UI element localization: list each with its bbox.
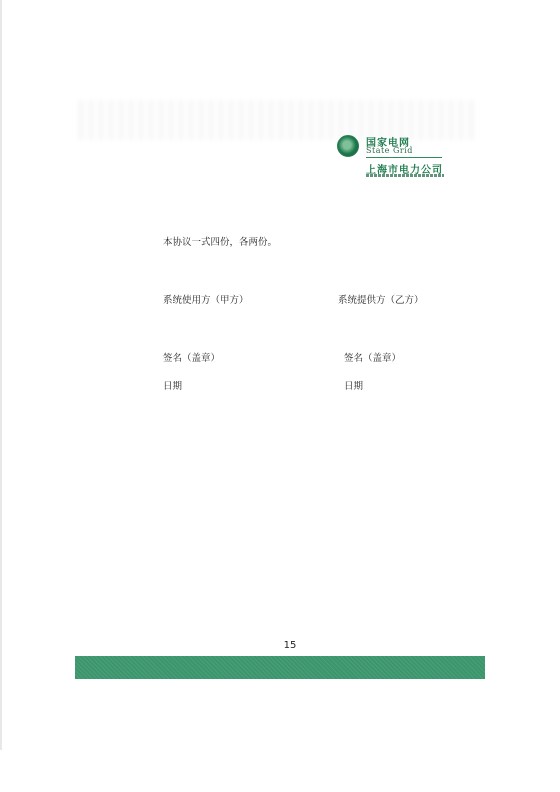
party-a-signature-label: 签名（盖章） — [163, 350, 220, 364]
party-b-title: 系统提供方（乙方） — [338, 292, 424, 306]
agreement-copies-note: 本协议一式四份，各两份。 — [163, 234, 277, 248]
party-a-date-label: 日期 — [163, 378, 182, 392]
party-b-date-label: 日期 — [344, 378, 363, 392]
logo-branch-en-text — [366, 174, 444, 177]
footer-green-band — [75, 656, 485, 679]
state-grid-logo: 国家电网 State Grid 上海市电力公司 — [336, 130, 466, 190]
document-page: 国家电网 State Grid 上海市电力公司 本协议一式四份，各两份。 系统使… — [0, 0, 560, 792]
state-grid-emblem-icon — [337, 135, 359, 157]
logo-name-en: State Grid — [366, 146, 413, 155]
scan-edge — [0, 0, 2, 750]
party-a-title: 系统使用方（甲方） — [163, 292, 249, 306]
logo-divider — [366, 157, 442, 158]
party-b-signature-label: 签名（盖章） — [344, 350, 401, 364]
page-number: 15 — [280, 640, 300, 651]
